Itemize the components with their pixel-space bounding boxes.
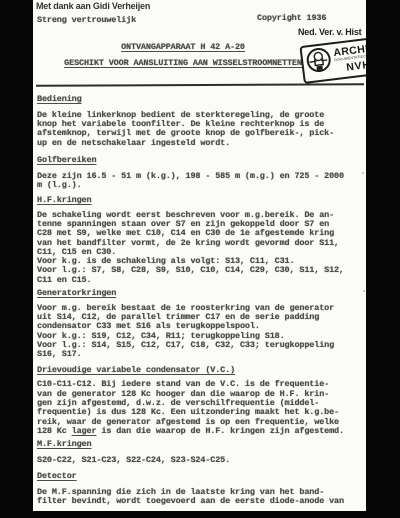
document-title: ONTVANGAPPARAAT H 42 A-20 xyxy=(37,43,329,52)
archive-stamp: ARCHIEF DOCUMENTATIECENTRUM NVHR xyxy=(299,33,366,84)
document-body: Bediening De kleine linkerknop bedient d… xyxy=(37,92,363,506)
scan-speck xyxy=(363,290,365,292)
stamp-text: ARCHIEF DOCUMENTATIECENTRUM NVHR xyxy=(333,42,366,74)
section-heading-detector: Detector xyxy=(37,472,363,481)
scan-speck xyxy=(362,172,364,174)
underlined-word-lager: lager xyxy=(72,426,97,436)
section-heading-golfbereiken: Golfbereiken xyxy=(37,156,363,165)
section-body-detector: De M.F.spanning die zich in de laatste k… xyxy=(37,488,363,507)
section-body-mf-kringen: S20-C22, S21-C23, S22-C24, S23-S24-C25. xyxy=(37,456,363,465)
section-heading-generatorkringen: Generatorkringen xyxy=(37,289,363,298)
section-body-bediening: De kleine linkerknop bedient de sterkter… xyxy=(37,111,363,148)
section-heading-vc: Drievoudige variabele condensator (V.C.) xyxy=(37,366,363,375)
document-page: Met dank aan Gidi Verheijen Streng vertr… xyxy=(33,0,366,511)
copyright-label: Copyright 1936 xyxy=(257,14,326,23)
document-subtitle: GESCHIKT VOOR AANSLUITING AAN WISSELSTRO… xyxy=(37,59,329,68)
section-body-vc: C10-C11-C12. Bij iedere stand van de V.C… xyxy=(37,380,363,436)
scanned-document: { "page": { "credit": "Met dank aan Gidi… xyxy=(0,0,400,518)
section-body-generatorkringen: Voor m.g. bereik bestaat de 1e roosterkr… xyxy=(37,304,363,360)
organization-label: Ned. Ver. v. Hist xyxy=(298,27,361,37)
header-rule xyxy=(36,83,364,86)
section-heading-mf-kringen: M.F.kringen xyxy=(37,440,363,449)
credit-line: Met dank aan Gidi Verheijen xyxy=(36,1,150,11)
section-body-golfbereiken: Deze zijn 16.5 - 51 m (k.g.), 198 - 585 … xyxy=(37,172,363,191)
classification-label: Streng vertrouwelijk xyxy=(37,16,136,25)
section-heading-bediening: Bediening xyxy=(37,95,363,104)
section-heading-hf-kringen: H.F.kringen xyxy=(37,196,363,205)
radio-tube-icon xyxy=(304,45,335,80)
section-body-hf-kringen: De schakeling wordt eerst beschreven voo… xyxy=(37,211,363,285)
